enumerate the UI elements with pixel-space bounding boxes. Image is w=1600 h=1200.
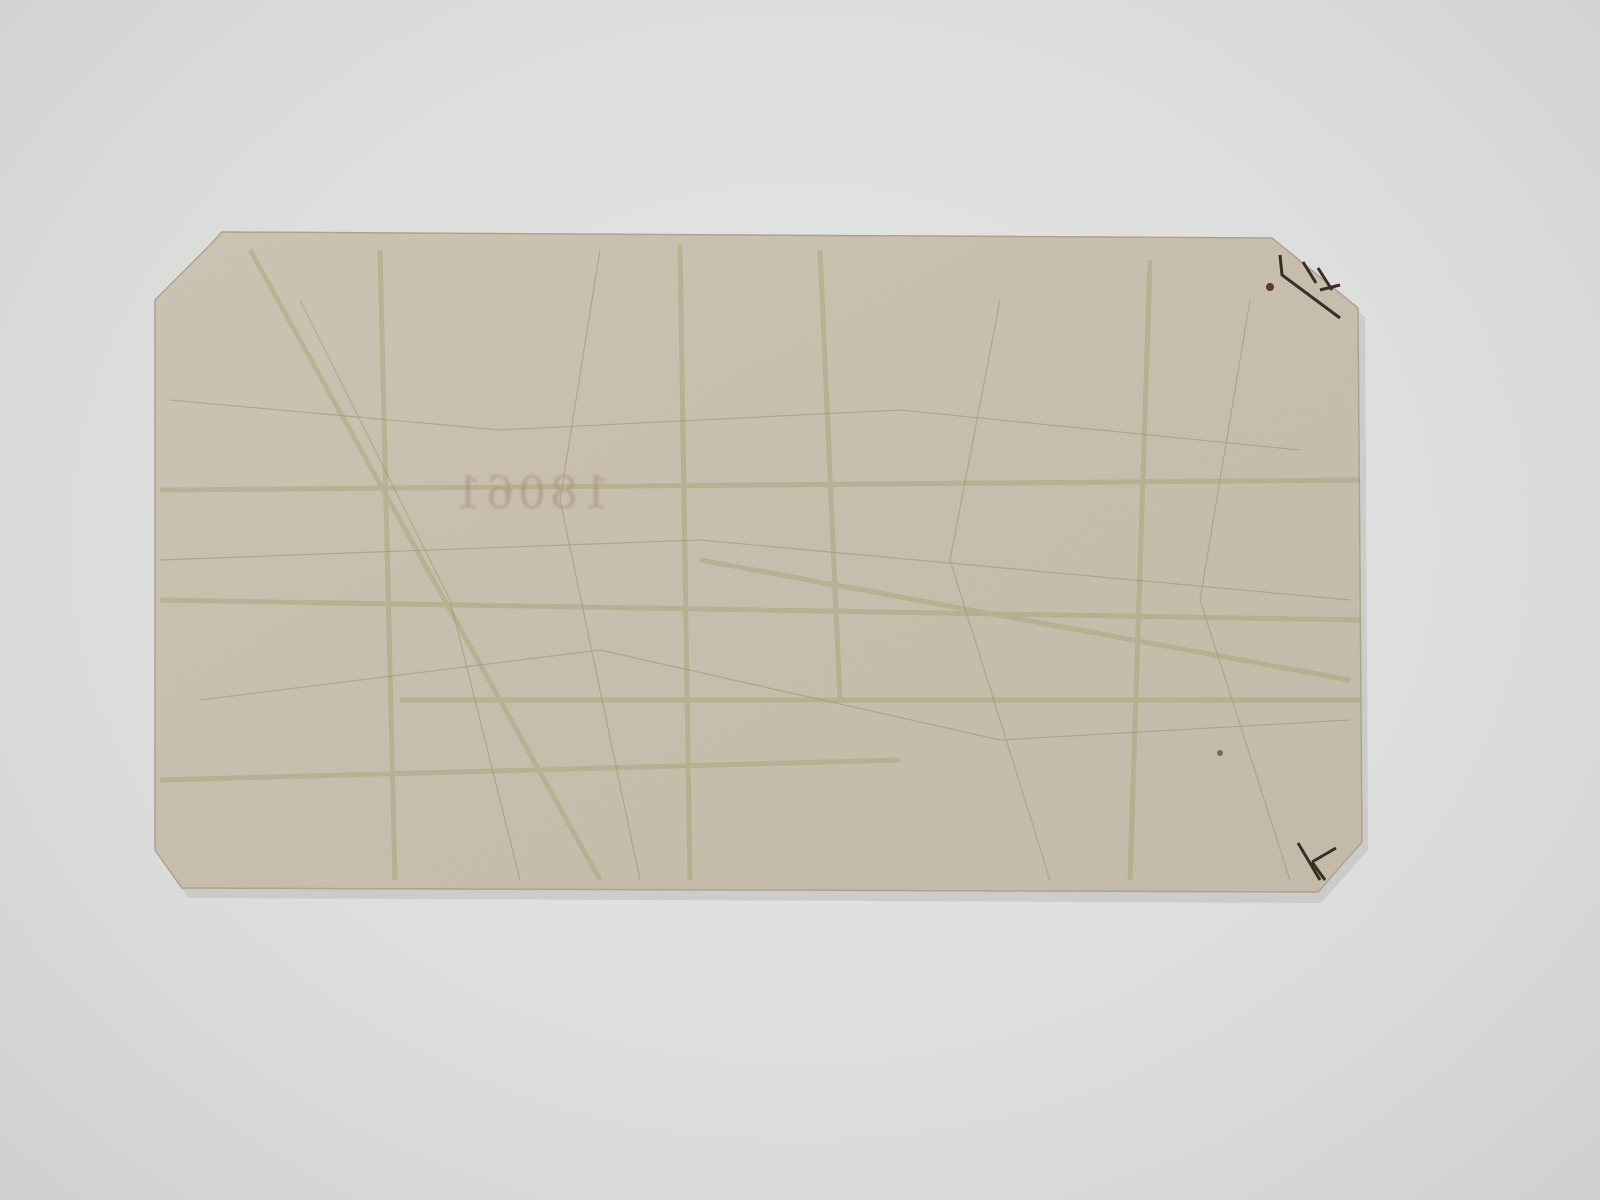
bleed-through-serial-number: 18061 — [450, 468, 610, 519]
banknote — [0, 0, 1600, 1200]
photo-scene: 18061 — [0, 0, 1600, 1200]
paper-body — [155, 232, 1362, 892]
